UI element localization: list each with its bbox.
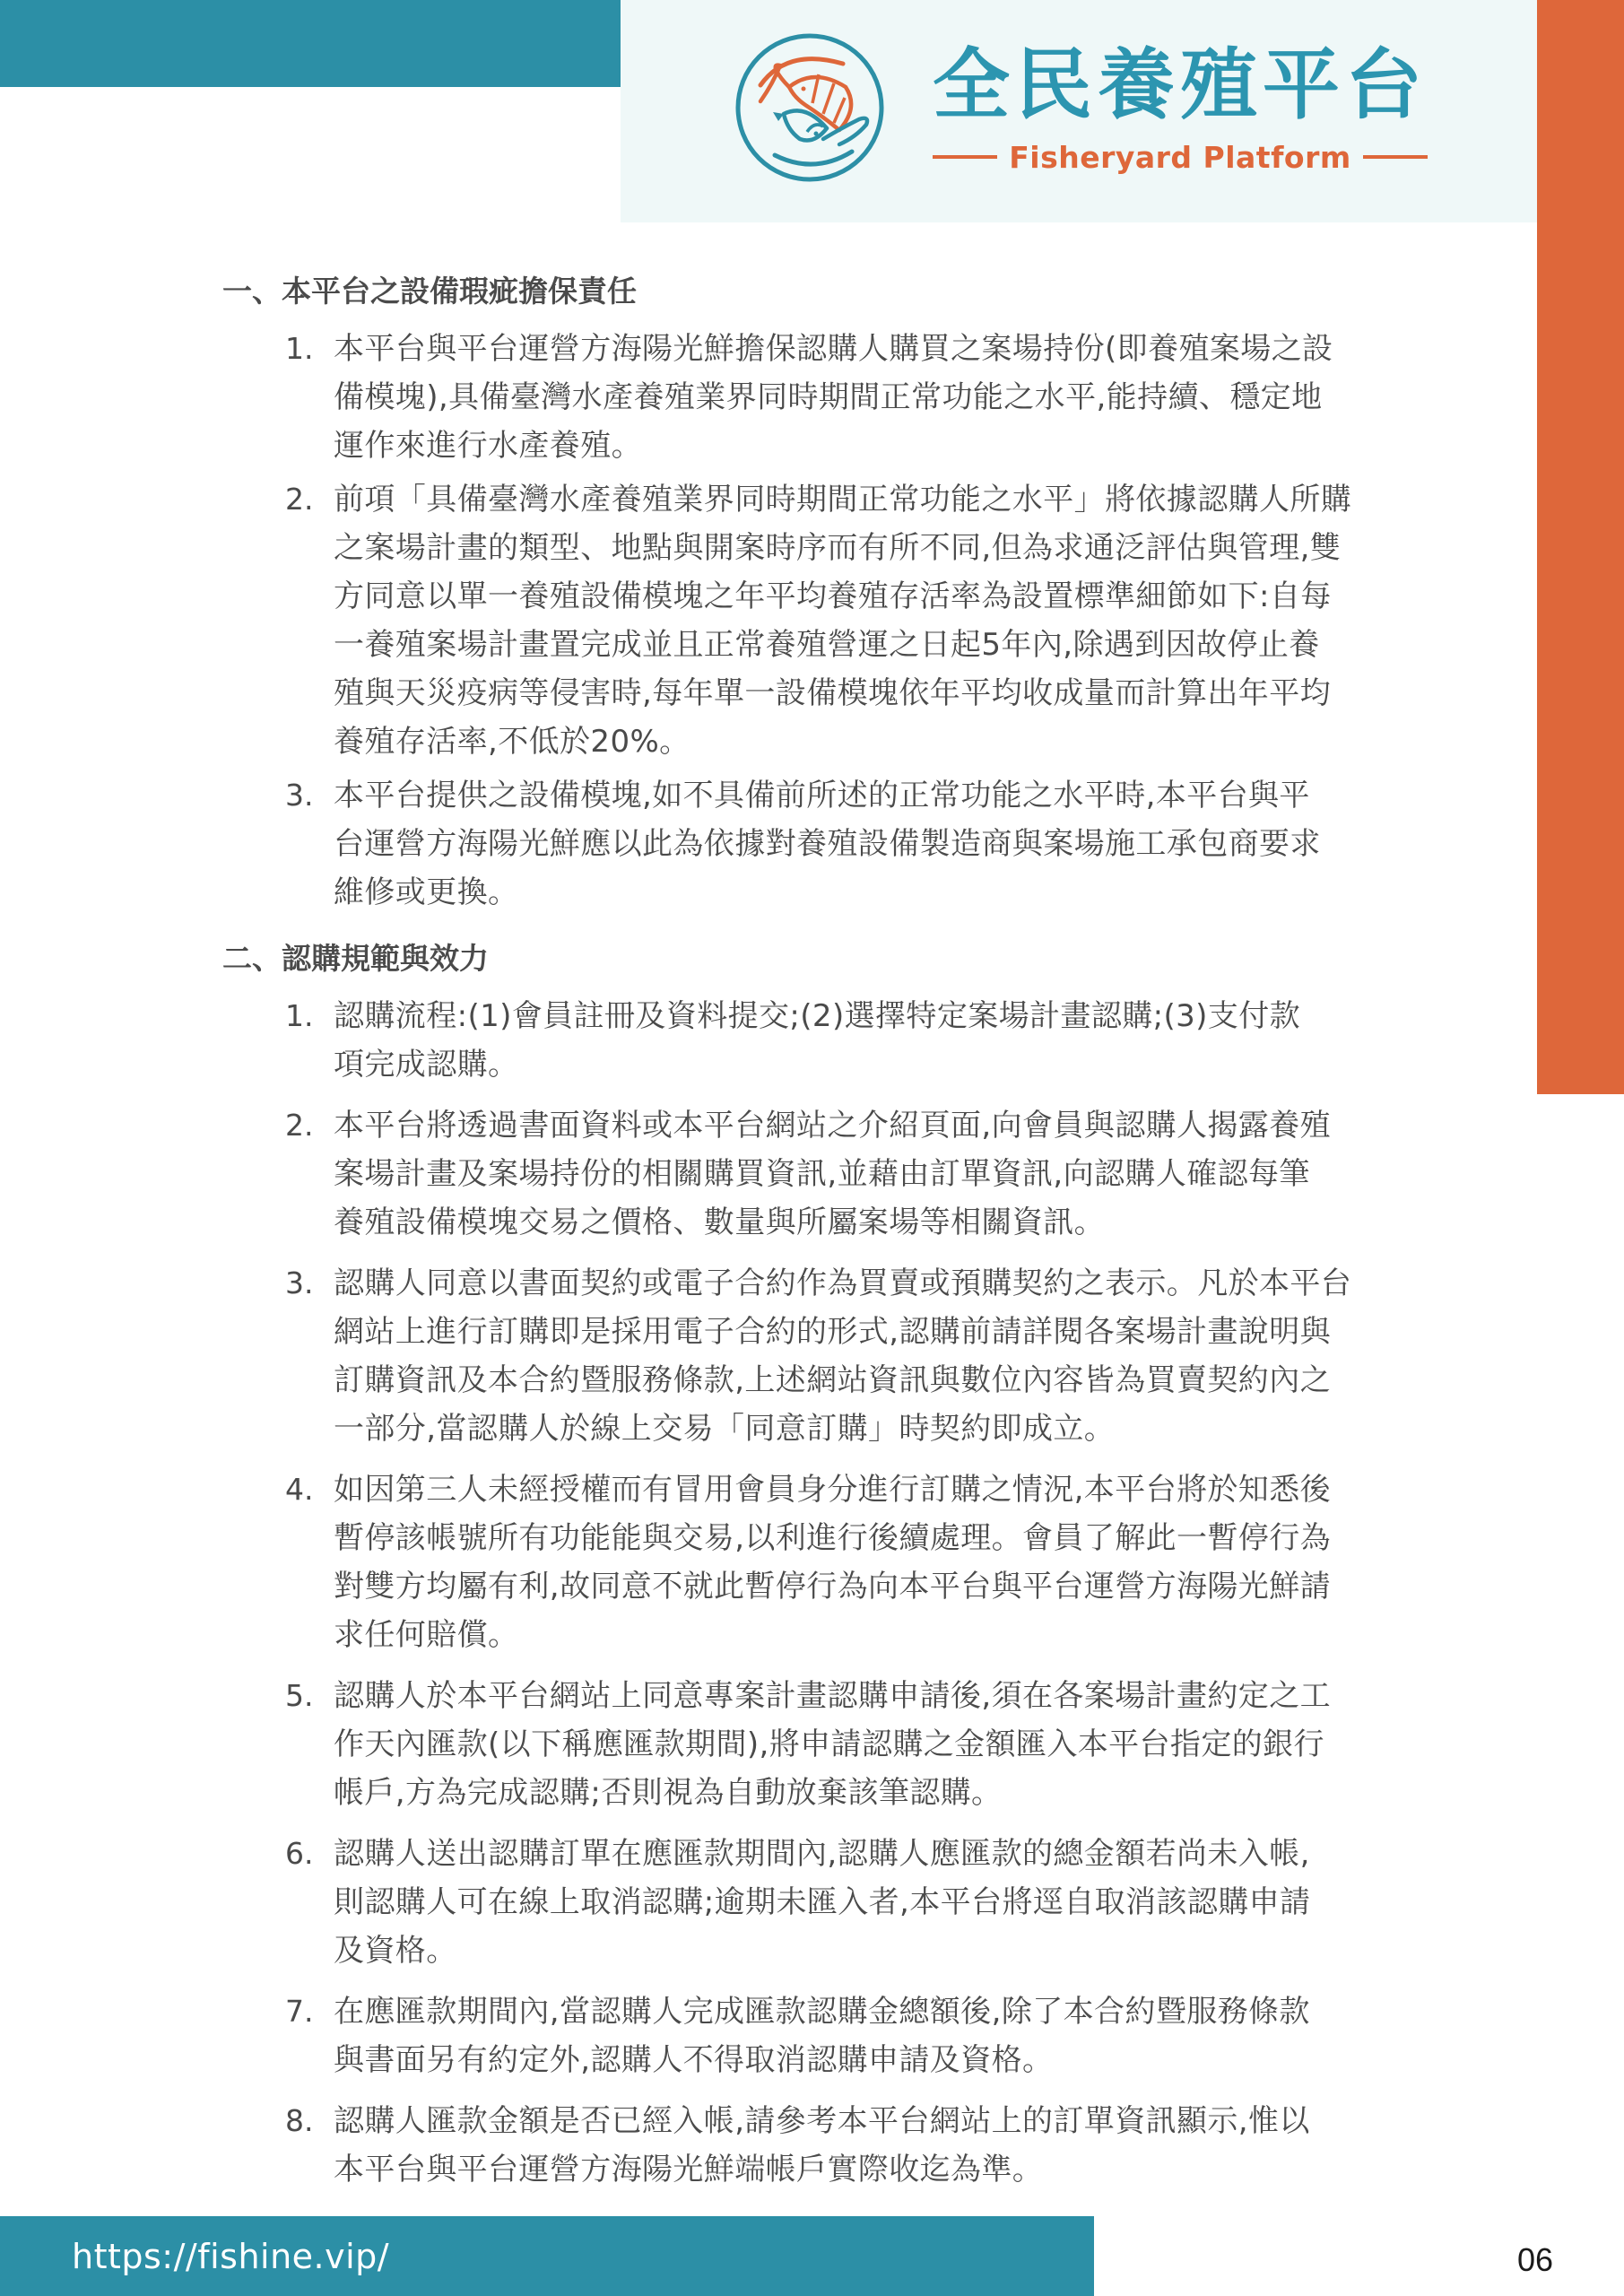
item-text-line: 運作來進行水產養殖。 <box>334 422 1442 470</box>
list-item: 5. 認購人於本平台網站上同意專案計畫認購申請後,須在各案場計畫約定之工 作天內… <box>222 1672 1442 1817</box>
item-number: 2. <box>285 475 314 524</box>
list-item: 3. 本平台提供之設備模塊,如不具備前所述的正常功能之水平時,本平台與平 台運營… <box>222 771 1442 917</box>
item-number: 3. <box>285 771 314 820</box>
header-teal-bar <box>0 0 621 87</box>
item-text-line: 養殖設備模塊交易之價格、數量與所屬案場等相關資訊。 <box>334 1198 1442 1247</box>
item-text-line: 本平台與平台運營方海陽光鮮擔保認購人購買之案場持份(即養殖案場之設 <box>334 325 1442 373</box>
item-text-line: 暫停該帳號所有功能能與交易,以利進行後續處理。會員了解此一暫停行為 <box>334 1514 1442 1562</box>
list-item: 1. 認購流程:(1)會員註冊及資料提交;(2)選擇特定案場計畫認購;(3)支付… <box>222 992 1442 1089</box>
item-text-line: 認購流程:(1)會員註冊及資料提交;(2)選擇特定案場計畫認購;(3)支付款 <box>334 992 1442 1040</box>
item-text-line: 維修或更換。 <box>334 868 1442 917</box>
item-number: 3. <box>285 1259 314 1308</box>
section-list: 1. 認購流程:(1)會員註冊及資料提交;(2)選擇特定案場計畫認購;(3)支付… <box>222 992 1442 2194</box>
list-item: 2. 前項「具備臺灣水產養殖業界同時期間正常功能之水平」將依據認購人所購 之案場… <box>222 475 1442 766</box>
item-number: 7. <box>285 1987 314 2036</box>
brand-title: 全民養殖平台 <box>933 36 1435 135</box>
item-number: 6. <box>285 1830 314 1878</box>
subtitle-right-dash <box>1363 155 1428 159</box>
item-text-line: 認購人送出認購訂單在應匯款期間內,認購人應匯款的總金額若尚未入帳, <box>334 1830 1442 1878</box>
shrimp-fish-logo-icon <box>734 31 886 184</box>
item-text-line: 本平台將透過書面資料或本平台網站之介紹頁面,向會員與認購人揭露養殖 <box>334 1101 1442 1150</box>
item-text-line: 訂購資訊及本合約暨服務條款,上述網站資訊與數位內容皆為買賣契約內之 <box>334 1356 1442 1405</box>
item-text-line: 則認購人可在線上取消認購;逾期未匯入者,本平台將逕自取消該認購申請 <box>334 1878 1442 1926</box>
list-item: 6. 認購人送出認購訂單在應匯款期間內,認購人應匯款的總金額若尚未入帳, 則認購… <box>222 1830 1442 1975</box>
item-text-line: 作天內匯款(以下稱應匯款期間),將申請認購之金額匯入本平台指定的銀行 <box>334 1720 1442 1769</box>
item-number: 1. <box>285 325 314 373</box>
list-item: 8. 認購人匯款金額是否已經入帳,請參考本平台網站上的訂單資訊顯示,惟以 本平台… <box>222 2097 1442 2194</box>
item-text-line: 與書面另有約定外,認購人不得取消認購申請及資格。 <box>334 2036 1442 2084</box>
footer-website-link[interactable]: https://fishine.vip/ <box>72 2230 389 2283</box>
item-text-line: 一部分,當認購人於線上交易「同意訂購」時契約即成立。 <box>334 1405 1442 1453</box>
item-text-line: 殖與天災疫病等侵害時,每年單一設備模塊依年平均收成量而計算出年平均 <box>334 669 1442 717</box>
list-item: 4. 如因第三人未經授權而有冒用會員身分進行訂購之情況,本平台將於知悉後 暫停該… <box>222 1465 1442 1659</box>
item-text-line: 認購人匯款金額是否已經入帳,請參考本平台網站上的訂單資訊顯示,惟以 <box>334 2097 1442 2145</box>
item-text-line: 在應匯款期間內,當認購人完成匯款認購金總額後,除了本合約暨服務條款 <box>334 1987 1442 2036</box>
item-text-line: 網站上進行訂購即是採用電子合約的形式,認購前請詳閱各案場計畫說明與 <box>334 1308 1442 1356</box>
list-item: 7. 在應匯款期間內,當認購人完成匯款認購金總額後,除了本合約暨服務條款 與書面… <box>222 1987 1442 2084</box>
page-number: 06 <box>1517 2233 1553 2287</box>
item-text-line: 項完成認購。 <box>334 1040 1442 1089</box>
item-text-line: 之案場計畫的類型、地點與開案時序而有所不同,但為求通泛評估與管理,雙 <box>334 524 1442 572</box>
item-text-line: 本平台與平台運營方海陽光鮮端帳戶實際收迄為準。 <box>334 2145 1442 2194</box>
list-item: 3. 認購人同意以書面契約或電子合約作為買賣或預購契約之表示。凡於本平台 網站上… <box>222 1259 1442 1453</box>
document-body: 一、本平台之設備瑕疵擔保責任 1. 本平台與平台運營方海陽光鮮擔保認購人購買之案… <box>222 269 1442 2206</box>
section-heading: 二、認購規範與效力 <box>222 936 1442 981</box>
item-text-line: 前項「具備臺灣水產養殖業界同時期間正常功能之水平」將依據認購人所購 <box>334 475 1442 524</box>
item-number: 2. <box>285 1101 314 1150</box>
item-text-line: 認購人於本平台網站上同意專案計畫認購申請後,須在各案場計畫約定之工 <box>334 1672 1442 1720</box>
item-text-line: 台運營方海陽光鮮應以此為依據對養殖設備製造商與案場施工承包商要求 <box>334 820 1442 868</box>
item-number: 1. <box>285 992 314 1040</box>
item-text-line: 本平台提供之設備模塊,如不具備前所述的正常功能之水平時,本平台與平 <box>334 771 1442 820</box>
item-text-line: 養殖存活率,不低於20%。 <box>334 717 1442 766</box>
item-text-line: 如因第三人未經授權而有冒用會員身分進行訂購之情況,本平台將於知悉後 <box>334 1465 1442 1514</box>
list-item: 1. 本平台與平台運營方海陽光鮮擔保認購人購買之案場持份(即養殖案場之設 備模塊… <box>222 325 1442 470</box>
item-text-line: 求任何賠償。 <box>334 1611 1442 1659</box>
item-text-line: 案場計畫及案場持份的相關購買資訊,並藉由訂單資訊,向認購人確認每筆 <box>334 1150 1442 1198</box>
item-number: 5. <box>285 1672 314 1720</box>
item-text-line: 及資格。 <box>334 1926 1442 1975</box>
item-text-line: 一養殖案場計畫置完成並且正常養殖營運之日起5年內,除遇到因故停止養 <box>334 621 1442 669</box>
item-number: 4. <box>285 1465 314 1514</box>
item-number: 8. <box>285 2097 314 2145</box>
brand-subtitle: Fisheryard Platform <box>933 136 1428 178</box>
item-text-line: 方同意以單一養殖設備模塊之年平均養殖存活率為設置標準細節如下:自每 <box>334 572 1442 621</box>
list-item: 2. 本平台將透過書面資料或本平台網站之介紹頁面,向會員與認購人揭露養殖 案場計… <box>222 1101 1442 1247</box>
item-text-line: 帳戶,方為完成認購;否則視為自動放棄該筆認購。 <box>334 1769 1442 1817</box>
subtitle-left-dash <box>933 155 997 159</box>
brand-subtitle-text: Fisheryard Platform <box>1009 140 1351 175</box>
section-list: 1. 本平台與平台運營方海陽光鮮擔保認購人購買之案場持份(即養殖案場之設 備模塊… <box>222 325 1442 917</box>
side-orange-bar <box>1537 0 1624 1094</box>
section-heading: 一、本平台之設備瑕疵擔保責任 <box>222 269 1442 314</box>
item-text-line: 備模塊),具備臺灣水產養殖業界同時期間正常功能之水平,能持續、穩定地 <box>334 373 1442 422</box>
item-text-line: 認購人同意以書面契約或電子合約作為買賣或預購契約之表示。凡於本平台 <box>334 1259 1442 1308</box>
item-text-line: 對雙方均屬有利,故同意不就此暫停行為向本平台與平台運營方海陽光鮮請 <box>334 1562 1442 1611</box>
